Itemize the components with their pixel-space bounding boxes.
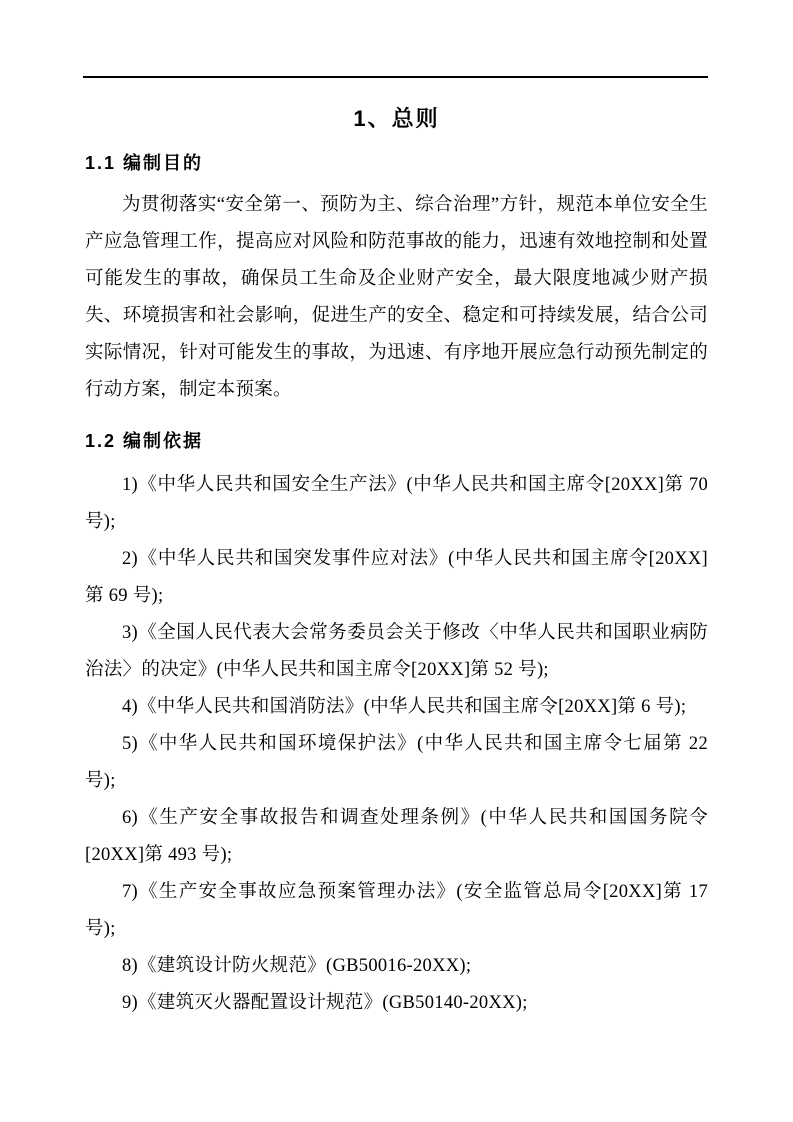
list-item-6: 6)《生产安全事故报告和调查处理条例》(中华人民共和国国务院令[20XX]第 4… xyxy=(85,800,708,874)
list-item-2: 2)《中华人民共和国突发事件应对法》(中华人民共和国主席令[20XX]第 69 … xyxy=(85,541,708,615)
page-title: 1、总则 xyxy=(85,103,708,135)
list-item-1: 1)《中华人民共和国安全生产法》(中华人民共和国主席令[20XX]第 70 号)… xyxy=(85,467,708,541)
document-page: 1、总则 1.1 编制目的 为贯彻落实“安全第一、预防为主、综合治理”方针，规范… xyxy=(0,0,793,1122)
list-item-5: 5)《中华人民共和国环境保护法》(中华人民共和国主席令七届第 22 号); xyxy=(85,726,708,800)
list-item-4: 4)《中华人民共和国消防法》(中华人民共和国主席令[20XX]第 6 号); xyxy=(85,689,708,726)
header-rule xyxy=(83,76,708,78)
list-item-3: 3)《全国人民代表大会常务委员会关于修改〈中华人民共和国职业病防治法〉的决定》(… xyxy=(85,615,708,689)
section-compilation-purpose: 1.1 编制目的 为贯彻落实“安全第一、预防为主、综合治理”方针，规范本单位安全… xyxy=(85,150,708,409)
list-item-9: 9)《建筑灭火器配置设计规范》(GB50140-20XX); xyxy=(85,985,708,1022)
purpose-paragraph: 为贯彻落实“安全第一、预防为主、综合治理”方针，规范本单位安全生产应急管理工作，… xyxy=(85,187,708,409)
reference-list: 1)《中华人民共和国安全生产法》(中华人民共和国主席令[20XX]第 70 号)… xyxy=(85,467,708,1022)
section-heading-1-2: 1.2 编制依据 xyxy=(85,428,708,455)
list-item-7: 7)《生产安全事故应急预案管理办法》(安全监管总局令[20XX]第 17 号); xyxy=(85,874,708,948)
list-item-8: 8)《建筑设计防火规范》(GB50016-20XX); xyxy=(85,948,708,985)
section-compilation-basis: 1.2 编制依据 1)《中华人民共和国安全生产法》(中华人民共和国主席令[20X… xyxy=(85,428,708,1022)
section-heading-1-1: 1.1 编制目的 xyxy=(85,150,708,177)
